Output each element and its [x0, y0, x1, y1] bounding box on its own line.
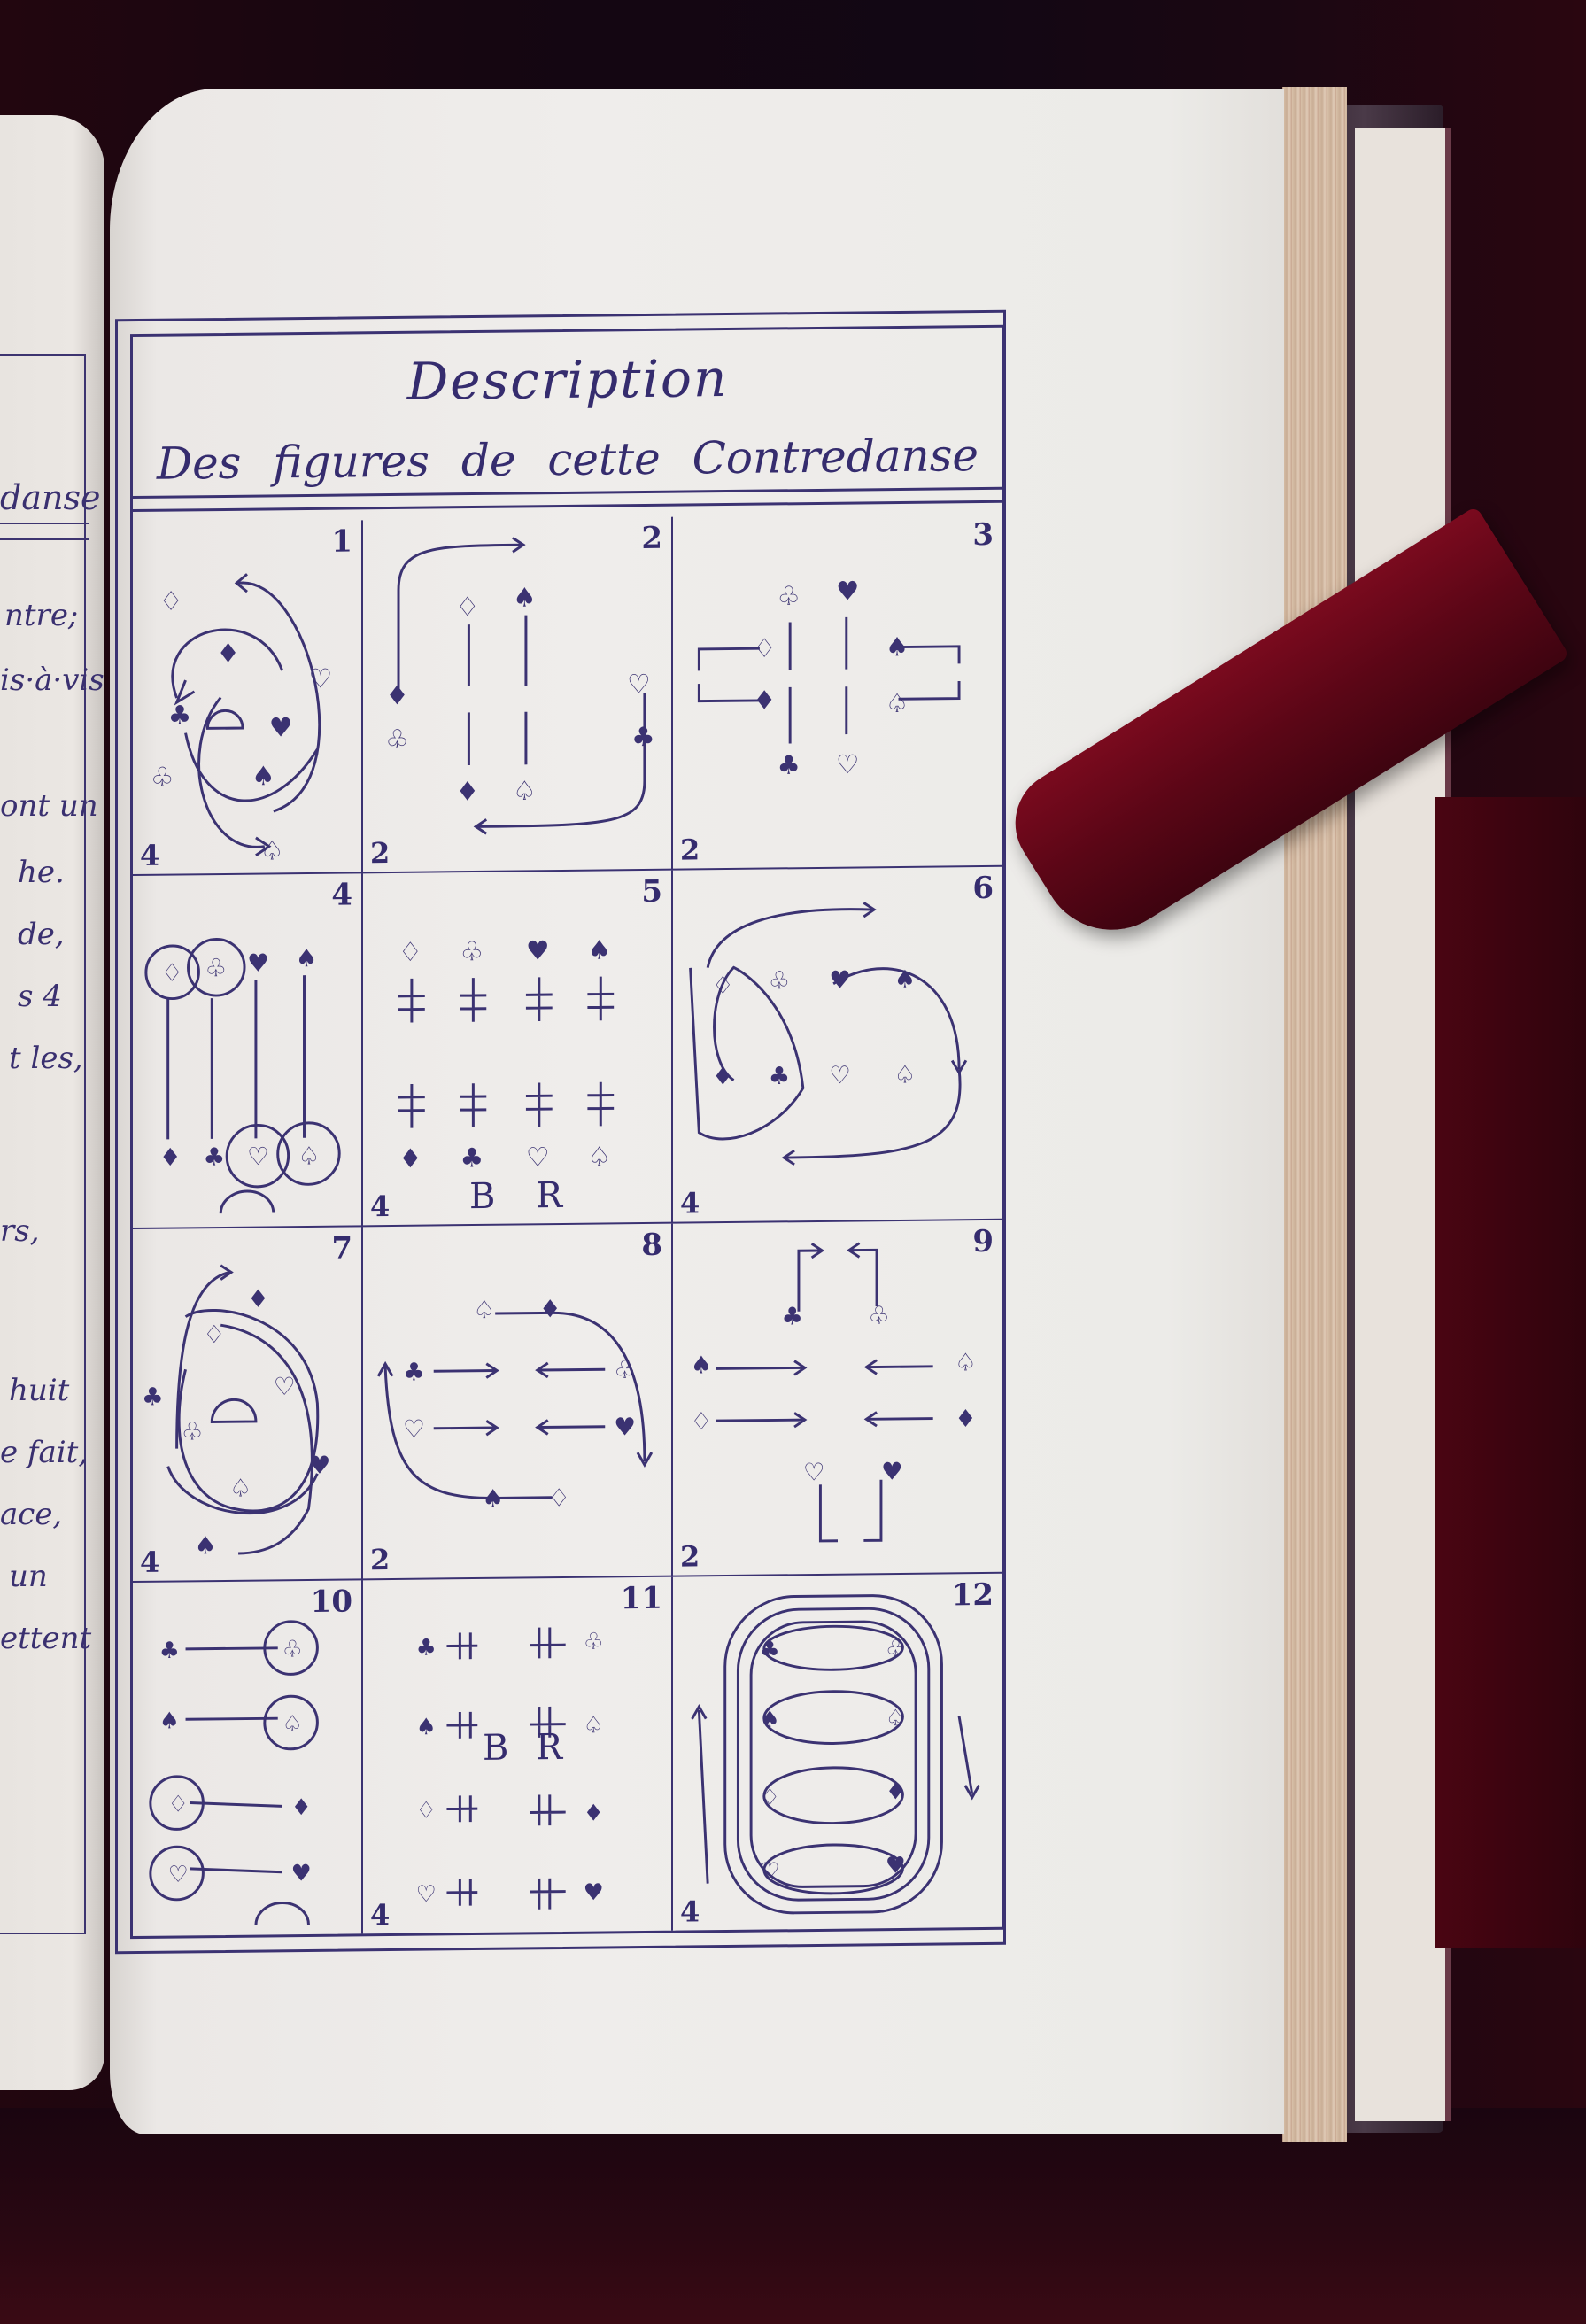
club-outline-icon: ♧	[777, 581, 800, 611]
heart-outline-icon: ♡	[836, 749, 859, 779]
left-page-text: ont un	[0, 788, 98, 824]
left-page-heading: danse	[0, 478, 100, 517]
heart-outline-icon: ♡	[403, 1414, 425, 1444]
left-page-rule	[0, 523, 89, 524]
diamond-outline-icon: ♢	[712, 972, 734, 1000]
figure-6: 6 4 ♢ ♧ ♥ ♠ ♦ ♣	[673, 867, 1002, 1224]
club-icon: ♣	[460, 1143, 484, 1174]
heart-outline-icon: ♡	[247, 1142, 269, 1171]
heart-icon: ♥	[269, 712, 293, 743]
heart-icon: ♥	[247, 949, 269, 978]
square-figure-diagram: ♧ ♥ ♢ ♠ ♦ ♤ ♣ ♡	[673, 514, 1002, 869]
diamond-icon: ♦	[886, 1778, 906, 1805]
left-page-text: un	[9, 1559, 48, 1594]
spade-icon: ♠	[760, 1707, 780, 1733]
left-page-text: s 4	[18, 979, 62, 1014]
diamond-icon: ♦	[753, 686, 776, 716]
heart-icon: ♥	[881, 1458, 903, 1485]
club-outline-icon: ♧	[886, 1636, 906, 1662]
club-icon: ♣	[142, 1382, 164, 1411]
left-page-text: ettent	[0, 1621, 91, 1656]
spade-icon: ♠	[587, 935, 611, 966]
heart-icon: ♥	[836, 576, 859, 606]
diamond-icon: ♦	[955, 1406, 977, 1433]
club-icon: ♣	[168, 701, 192, 732]
spade-outline-icon: ♤	[282, 1711, 303, 1738]
figure-10: 10 ♣ ♧ ♠ ♤ ♢	[133, 1580, 363, 1936]
plate-subtitle: Des figures de cette Contredanse	[133, 430, 1002, 490]
balance-figure-diagram: ♣ ♧ ♠ ♤ ♢ ♦ ♡ ♥	[363, 1577, 671, 1934]
club-outline-icon: ♧	[205, 953, 227, 982]
spade-outline-icon: ♤	[513, 776, 537, 807]
half-circle-icon	[212, 1399, 256, 1422]
diamond-outline-icon: ♢	[398, 937, 422, 968]
left-page-text: he.	[18, 855, 65, 890]
club-outline-icon: ♧	[151, 762, 174, 793]
heart-icon: ♥	[886, 1852, 906, 1879]
left-page-text: ace,	[0, 1497, 62, 1532]
club-icon: ♣	[203, 1142, 225, 1171]
left-page-text: e fait,	[0, 1435, 88, 1470]
heart-outline-icon: ♡	[627, 669, 651, 700]
page-block-edge	[1282, 87, 1347, 2142]
diamond-outline-icon: ♢	[691, 1408, 713, 1436]
half-circle-icon	[207, 710, 243, 728]
club-outline-icon: ♧	[182, 1416, 204, 1445]
circle-figure-diagram: ♦ ♢ ♣ ♡ ♧ ♥ ♤ ♠	[133, 1227, 361, 1581]
figure-4: 4 ♢ ♧ ♥ ♠ ♦	[133, 873, 363, 1229]
figure-2: 2 2 ♢ ♠ ♦ ♡ ♧ ♣	[363, 517, 673, 874]
diamond-icon: ♦	[216, 639, 240, 670]
club-icon: ♣	[760, 1637, 780, 1663]
club-outline-icon: ♧	[769, 967, 791, 995]
label-r: R	[536, 1175, 562, 1216]
diamond-icon: ♦	[159, 1143, 182, 1172]
label-b: B	[483, 1728, 508, 1769]
cross-figure-diagram: ♣ ♧ ♠ ♤ ♢ ♦ ♡ ♥	[673, 1220, 1002, 1576]
spade-outline-icon: ♤	[587, 1142, 611, 1173]
procession-figure-diagram: ♣ ♧ ♠ ♤ ♢ ♦ ♡ ♥	[673, 1574, 1002, 1931]
club-icon: ♣	[777, 750, 800, 780]
diamond-icon: ♦	[247, 1284, 269, 1313]
diamond-outline-icon: ♢	[161, 958, 183, 988]
figure-12: 12 4 ♣ ♧	[673, 1574, 1002, 1931]
figure-7: 7 4 ♦ ♢ ♣ ♡ ♧ ♥	[133, 1227, 363, 1583]
heart-outline-icon: ♡	[308, 663, 332, 694]
heart-icon: ♥	[308, 1451, 330, 1480]
club-outline-icon: ♧	[460, 936, 484, 967]
spade-outline-icon: ♤	[473, 1295, 495, 1324]
left-page-text: t les,	[9, 1041, 83, 1076]
left-page-text: de,	[18, 917, 65, 952]
chain-figure-diagram: ♢ ♧ ♥ ♠ ♦ ♣ ♡ ♤	[673, 867, 1002, 1222]
spade-icon: ♠	[894, 966, 917, 994]
diamond-icon: ♦	[712, 1064, 734, 1091]
heart-outline-icon: ♡	[829, 1062, 851, 1089]
diamond-outline-icon: ♢	[416, 1798, 437, 1824]
heart-icon: ♥	[291, 1860, 312, 1886]
diamond-icon: ♦	[385, 680, 409, 711]
figure-8: 8 2 ♤ ♦ ♣ ♧	[363, 1224, 673, 1581]
club-icon: ♣	[769, 1063, 791, 1090]
title-rule	[133, 500, 1002, 512]
heart-icon: ♥	[829, 966, 851, 994]
club-icon: ♣	[416, 1635, 437, 1662]
turn-figure-diagram: ♢ ♧ ♥ ♠ ♦ ♣ ♡ ♤	[133, 873, 361, 1228]
figures-grid: 1 4 ♢ ♦ ♡ ♣ ♥ ♧	[133, 514, 1002, 1936]
left-page-text: ntre;	[4, 598, 78, 633]
diamond-icon: ♦	[456, 777, 480, 808]
spade-icon: ♠	[251, 761, 275, 792]
plate-frame: Description Des figures de cette Contred…	[115, 310, 1006, 1955]
diamond-icon: ♦	[584, 1801, 604, 1827]
spade-outline-icon: ♤	[584, 1712, 604, 1739]
swap-figure-diagram: ♣ ♧ ♠ ♤ ♢ ♦ ♡ ♥	[133, 1580, 361, 1936]
club-outline-icon: ♧	[868, 1302, 890, 1329]
club-icon: ♣	[403, 1357, 425, 1386]
heart-outline-icon: ♡	[526, 1143, 550, 1174]
heart-icon: ♥	[526, 935, 550, 966]
spade-outline-icon: ♤	[260, 835, 284, 866]
diamond-outline-icon: ♢	[203, 1320, 225, 1349]
club-outline-icon: ♧	[614, 1355, 636, 1384]
spade-outline-icon: ♤	[886, 688, 909, 718]
diamond-icon: ♦	[291, 1794, 312, 1821]
plate-inner-frame: Description Des figures de cette Contred…	[130, 325, 1005, 1939]
plate-title: Description	[133, 345, 1002, 414]
spade-icon: ♠	[416, 1714, 437, 1740]
heart-icon: ♥	[584, 1879, 604, 1906]
diamond-outline-icon: ♢	[159, 586, 183, 617]
spade-icon: ♠	[296, 943, 318, 972]
left-page-text: huit	[9, 1373, 69, 1408]
heart-icon: ♥	[614, 1412, 636, 1441]
spade-outline-icon: ♤	[229, 1473, 251, 1502]
heart-outline-icon: ♡	[760, 1858, 780, 1885]
club-icon: ♣	[159, 1638, 180, 1664]
left-page-rule	[0, 538, 89, 540]
spade-outline-icon: ♤	[886, 1705, 906, 1731]
velvet-ribbon-body	[1435, 797, 1586, 1948]
spade-outline-icon: ♤	[894, 1061, 917, 1088]
left-page-frame	[0, 354, 86, 1934]
label-b: B	[469, 1176, 495, 1217]
diamond-icon: ♦	[539, 1294, 561, 1323]
heart-outline-icon: ♡	[416, 1881, 437, 1908]
club-outline-icon: ♧	[385, 724, 409, 755]
club-outline-icon: ♧	[282, 1636, 303, 1662]
spiral-figure-diagram: ♢ ♦ ♡ ♣ ♥ ♧ ♠ ♤	[133, 520, 361, 874]
spade-icon: ♠	[691, 1352, 713, 1379]
club-icon: ♣	[781, 1303, 803, 1330]
diamond-outline-icon: ♢	[168, 1791, 189, 1817]
club-icon: ♣	[631, 722, 655, 753]
heart-outline-icon: ♡	[274, 1372, 296, 1401]
spade-icon: ♠	[886, 631, 909, 662]
label-r: R	[536, 1727, 562, 1768]
diamond-outline-icon: ♢	[760, 1785, 780, 1811]
bow-figure-diagram: ♢ ♧ ♥ ♠ ♦ ♣ ♡ ♤	[363, 871, 671, 1226]
diamond-outline-icon: ♢	[753, 633, 776, 663]
crossing-figure-diagram: ♢ ♠ ♦ ♡ ♧ ♣ ♦ ♤	[363, 517, 671, 872]
diamond-outline-icon: ♢	[456, 592, 480, 623]
figure-3: 3 2 ♧ ♥ ♢ ♠ ♦ ♤	[673, 514, 1002, 871]
spade-outline-icon: ♤	[298, 1141, 321, 1170]
figure-9: 9 2 ♣ ♧ ♠ ♤	[673, 1220, 1002, 1577]
spade-icon: ♠	[159, 1708, 180, 1734]
heart-outline-icon: ♡	[803, 1459, 825, 1486]
figure-11: 11 4 ♣ ♧ ♠ ♤ ♢ ♦ ♡ ♥	[363, 1577, 673, 1934]
title-rule	[133, 487, 1002, 499]
advance-figure-diagram: ♤ ♦ ♣ ♧ ♡ ♥ ♠ ♢	[363, 1224, 671, 1579]
left-page-text: rs,	[0, 1213, 40, 1249]
spade-icon: ♠	[194, 1530, 216, 1560]
diamond-icon: ♦	[398, 1143, 422, 1174]
spade-outline-icon: ♤	[955, 1349, 977, 1376]
velvet-cushion	[0, 2108, 1586, 2324]
diamond-outline-icon: ♢	[548, 1483, 570, 1512]
spade-icon: ♠	[482, 1483, 504, 1513]
left-page: danse ntre; is·à·vis ont un he. de, s 4 …	[0, 115, 104, 2090]
heart-outline-icon: ♡	[168, 1862, 189, 1888]
left-page-text: is·à·vis	[0, 662, 104, 698]
spade-icon: ♠	[513, 583, 537, 614]
club-outline-icon: ♧	[584, 1629, 604, 1655]
figure-5: 5 4 ♢ ♧ ♥ ♠ ♦ ♣ ♡ ♤	[363, 871, 673, 1228]
figure-1: 1 4 ♢ ♦ ♡ ♣ ♥ ♧	[133, 520, 363, 876]
